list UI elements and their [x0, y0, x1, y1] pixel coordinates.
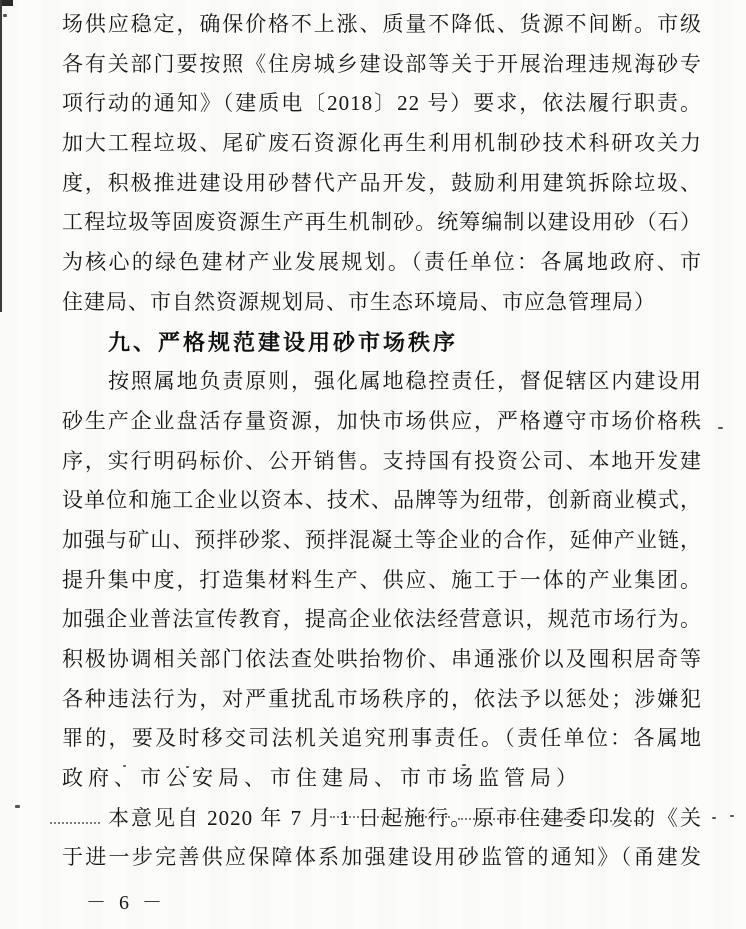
text-line: 加强与矿山、预拌砂浆、预拌混凝土等企业的合作，延伸产业链， — [62, 521, 702, 561]
text-line: 加强企业普法宣传教育，提高企业依法经营意识，规范市场行为。 — [62, 600, 702, 640]
scan-artifact — [0, 0, 2, 312]
text-line: 住建局、市自然资源规划局、市生态环境局、市应急管理局） — [62, 283, 702, 323]
text-line: 场供应稳定，确保价格不上涨、质量不降低、货源不间断。市级 — [62, 5, 702, 45]
text-line: 本意见自 2020 年 7 月 1 日起施行。原市住建委印发的《关 — [62, 799, 702, 839]
text-line: 砂生产企业盘活存量资源，加快市场供应，严格遵守市场价格秩 — [62, 402, 702, 442]
scan-artifact — [712, 817, 716, 819]
scan-artifact — [3, 14, 7, 17]
scan-artifact — [730, 815, 734, 817]
text-line: 各有关部门要按照《住房城乡建设部等关于开展治理违规海砂专 — [62, 45, 702, 85]
text-line: 为核心的绿色建材产业发展规划。（责任单位：各属地政府、市 — [62, 243, 702, 283]
scan-artifact — [718, 427, 723, 429]
text-line: 序，实行明码标价、公开销售。支持国有投资公司、本地开发建 — [62, 442, 702, 482]
text-line: 罪的，要及时移交司法机关追究刑事责任。（责任单位：各属地 — [62, 719, 702, 759]
text-line: 各种违法行为，对严重扰乱市场秩序的，依法予以惩处；涉嫌犯 — [62, 680, 702, 720]
text-line: 按照属地负责原则，强化属地稳控责任，督促辖区内建设用 — [62, 362, 702, 402]
document-page: 场供应稳定，确保价格不上涨、质量不降低、货源不间断。市级各有关部门要按照《住房城… — [0, 0, 746, 929]
text-line: 项行动的通知》（建质电〔2018〕22 号）要求，依法履行职责。 — [62, 84, 702, 124]
text-line: 加大工程垃圾、尾矿废石资源化再生利用机制砂技术科研攻关力 — [62, 124, 702, 164]
scan-artifact — [15, 805, 20, 808]
text-line: 度，积极推进建设用砂替代产品开发，鼓励利用建筑拆除垃圾、 — [62, 164, 702, 204]
text-line: 设单位和施工企业以资本、技术、品牌等为纽带，创新商业模式， — [62, 481, 702, 521]
text-line: 提升集中度，打造集材料生产、供应、施工于一体的产业集团。 — [62, 561, 702, 601]
document-body: 场供应稳定，确保价格不上涨、质量不降低、货源不间断。市级各有关部门要按照《住房城… — [62, 5, 702, 878]
text-line: 于进一步完善供应保障体系加强建设用砂监管的通知》（甬建发 — [62, 838, 702, 878]
text-line: 积极协调相关部门依法查处哄抬物价、串通涨价以及囤积居奇等 — [62, 640, 702, 680]
text-line: 政府、市公安局、市住建局、市市场监管局） — [62, 759, 702, 799]
text-line: 工程垃圾等固废资源生产再生机制砂。统筹编制以建设用砂（石） — [62, 203, 702, 243]
section-heading: 九、严格规范建设用砂市场秩序 — [62, 323, 702, 363]
page-number: － 6 － — [86, 886, 166, 915]
scan-artifact — [0, 0, 13, 6]
